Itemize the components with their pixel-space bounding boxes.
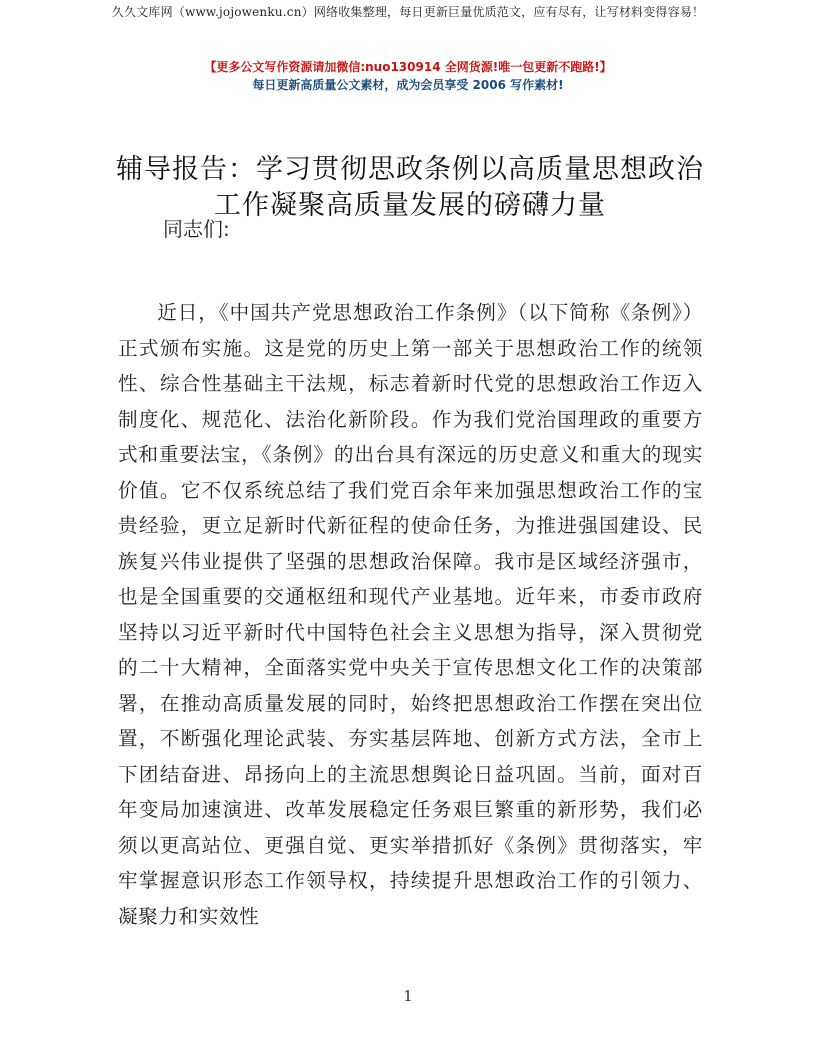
page-number: 1 xyxy=(0,987,816,1005)
promo-line-membership: 每日更新高质量公文素材，成为会员享受 2006 写作素材! xyxy=(0,76,816,94)
body-paragraph: 近日，《中国共产党思想政治工作条例》（以下简称《条例》）正式颁布实施。这是党的历… xyxy=(118,295,703,934)
site-header-banner: 久久文库网（www.jojowenku.cn）网络收集整理，每日更新巨量优质范文… xyxy=(0,3,816,20)
document-body: 近日，《中国共产党思想政治工作条例》（以下简称《条例》）正式颁布实施。这是党的历… xyxy=(118,295,703,934)
promo-banner: 【更多公文写作资源请加微信:nuo130914 全网货源!唯一包更新不跑路!】 … xyxy=(0,58,816,94)
promo-line-wechat: 【更多公文写作资源请加微信:nuo130914 全网货源!唯一包更新不跑路!】 xyxy=(0,58,816,76)
salutation: 同志们: xyxy=(163,213,230,242)
